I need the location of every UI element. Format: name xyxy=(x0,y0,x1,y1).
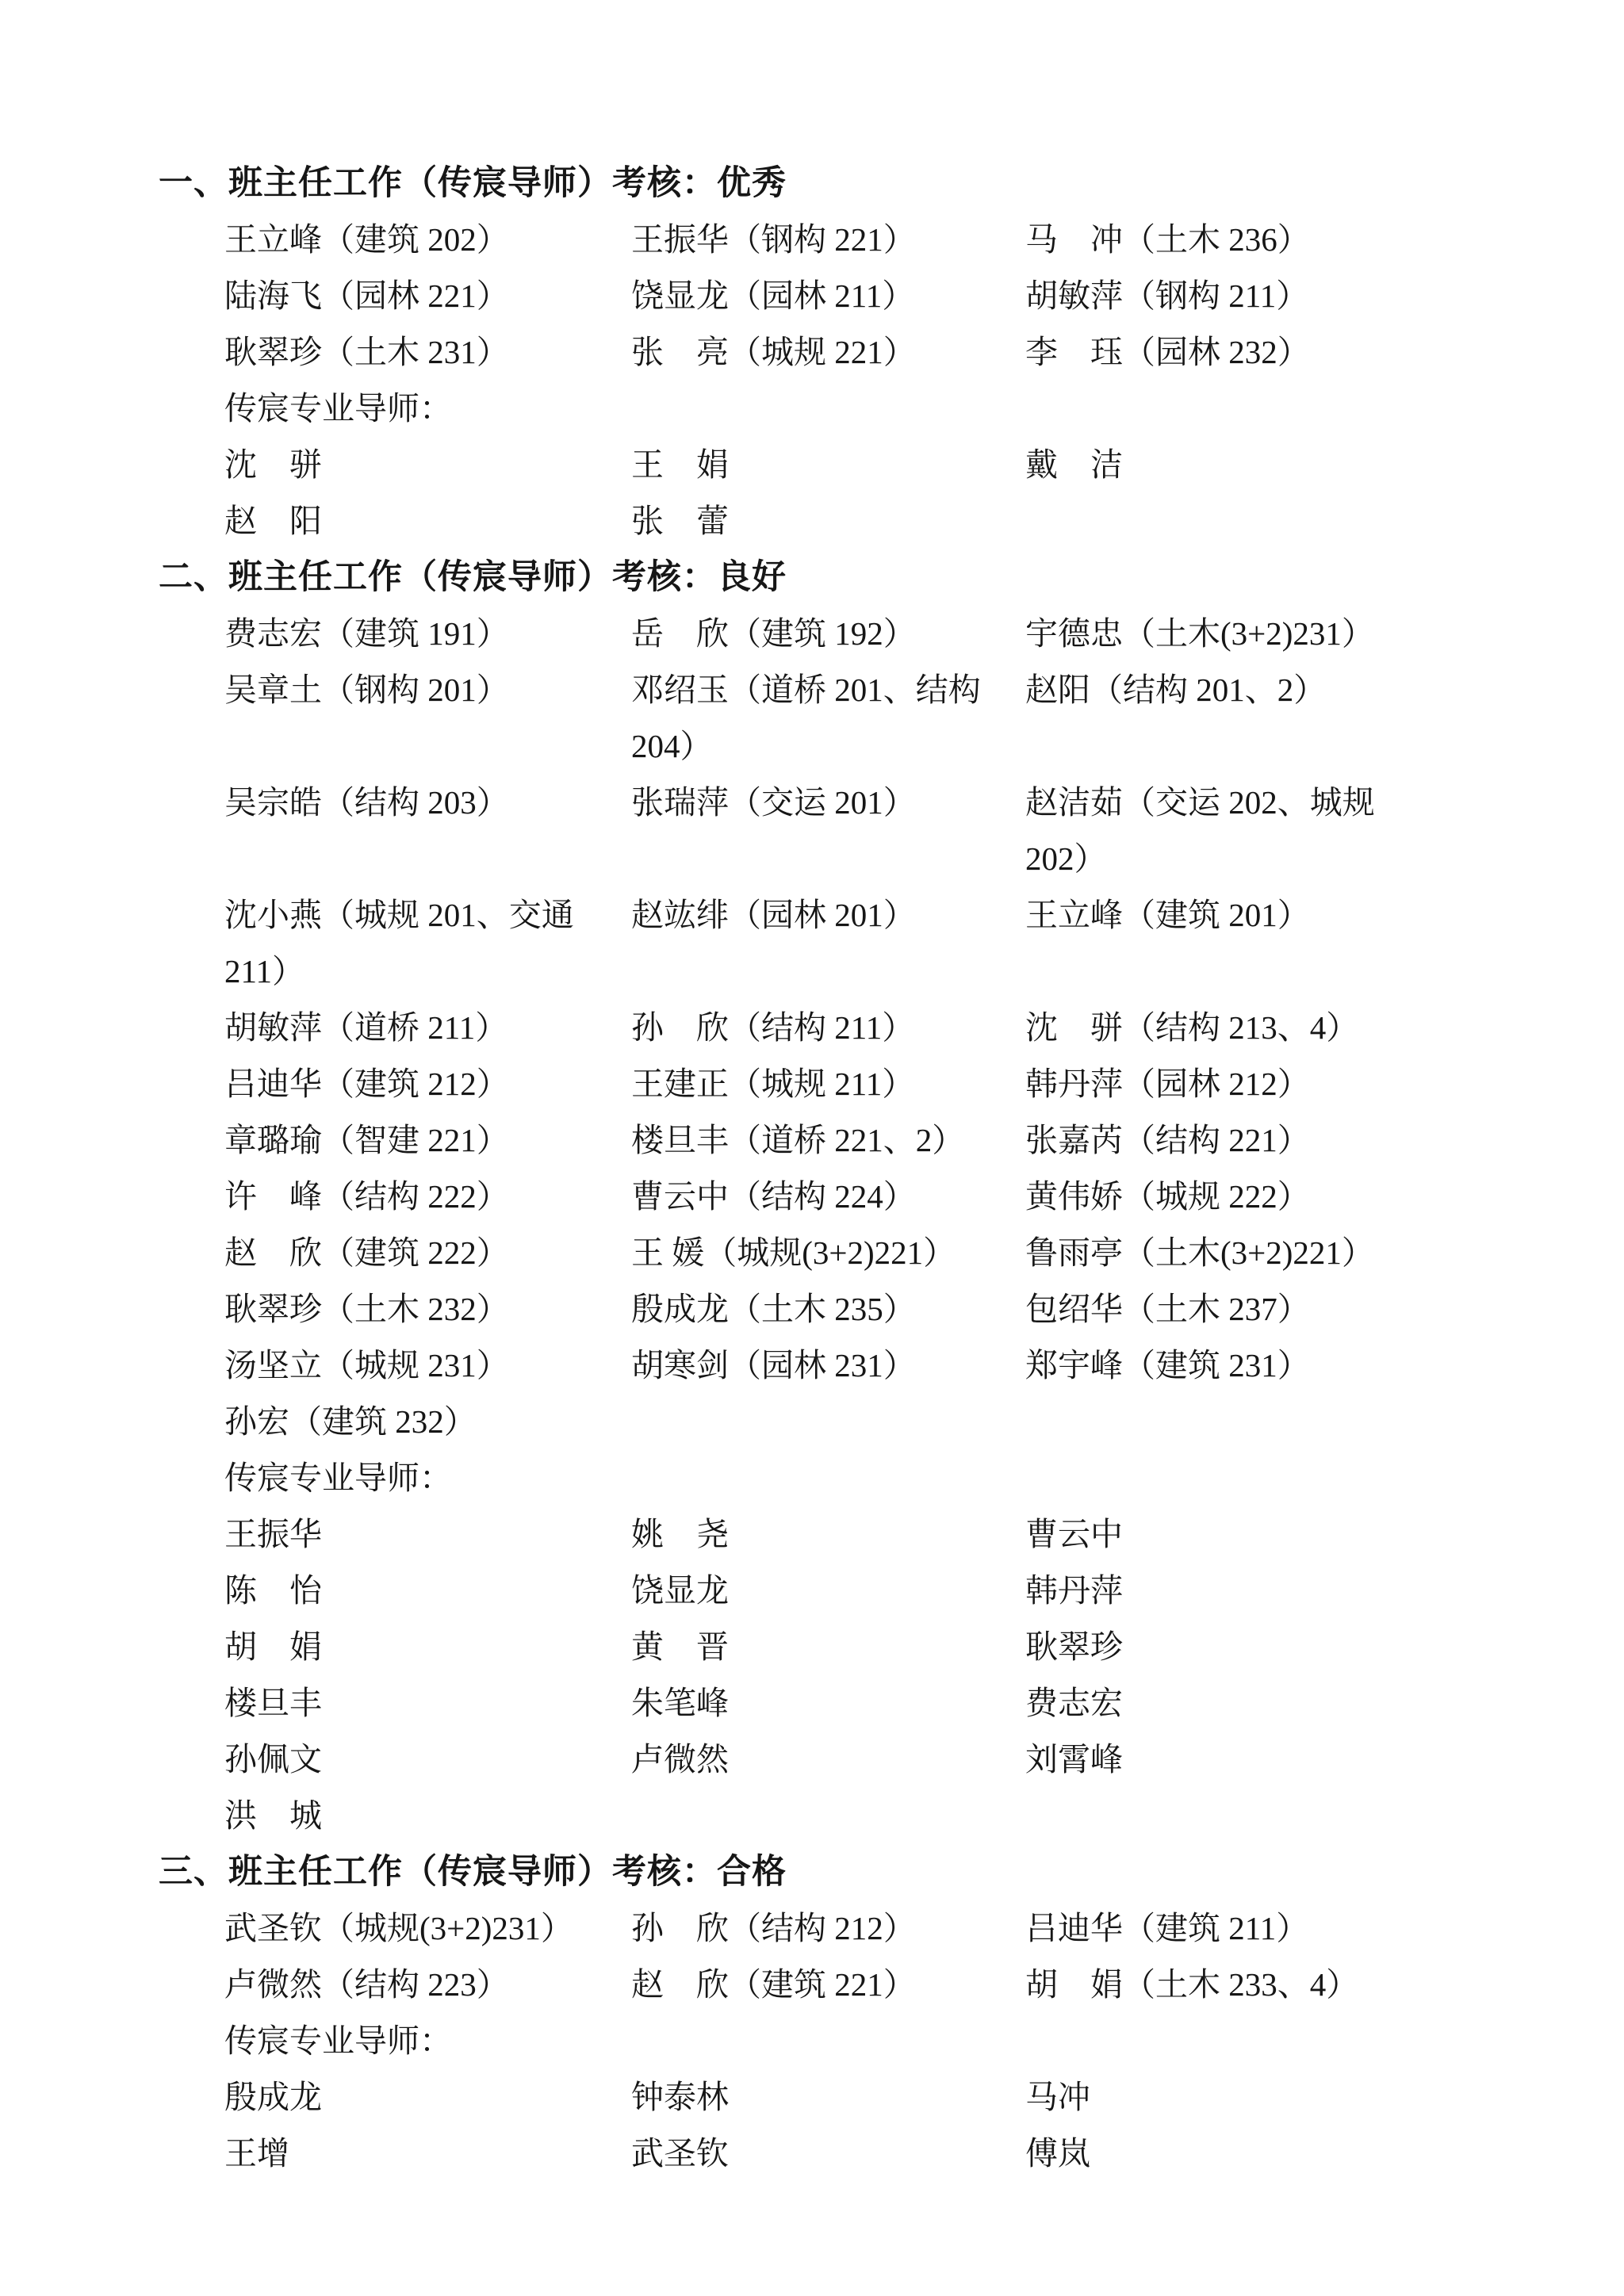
mentor-name: 赵 阳 xyxy=(224,493,631,549)
advisor-entry: 沈 骈（结构 213、4） xyxy=(1025,1000,1529,1056)
advisor-entry: 殷成龙（土木 235） xyxy=(631,1281,1025,1337)
advisor-entry: 王立峰（建筑 202） xyxy=(224,212,631,268)
mentor-name: 孙佩文 xyxy=(224,1732,631,1788)
list-row: 王立峰（建筑 202）王振华（钢构 221）马 冲（土木 236） xyxy=(224,212,1529,268)
advisor-entry: 黄伟娇（城规 222） xyxy=(1025,1169,1529,1225)
advisor-entry: 章璐瑜（智建 221） xyxy=(224,1112,631,1169)
advisor-entry: 赵 欣（建筑 221） xyxy=(631,1957,1025,2013)
list-row: 汤坚立（城规 231）胡寒剑（园林 231）郑宇峰（建筑 231） xyxy=(224,1337,1529,1394)
advisor-entry: 郑宇峰（建筑 231） xyxy=(1025,1337,1529,1394)
mentor-name: 胡 娟 xyxy=(224,1619,631,1675)
list-row: 武圣钦（城规(3+2)231）孙 欣（结构 212）吕迪华（建筑 211） xyxy=(224,1900,1529,1957)
list-row: 胡 娟黄 晋耿翠珍 xyxy=(224,1619,1529,1675)
list-row: 胡敏萍（道桥 211）孙 欣（结构 211）沈 骈（结构 213、4） xyxy=(224,1000,1529,1056)
list-row: 赵 阳张 蕾 xyxy=(224,493,1529,549)
mentor-name: 殷成龙 xyxy=(224,2069,631,2126)
mentor-list-label: 传宸专业导师： xyxy=(224,381,1529,437)
advisor-entry: 沈小燕（城规 201、交通 211） xyxy=(224,887,631,1000)
advisor-entry: 胡寒剑（园林 231） xyxy=(631,1337,1025,1394)
advisor-entry: 包绍华（土木 237） xyxy=(1025,1281,1529,1337)
section-1: 一、班主任工作（传宸导师）考核：优秀王立峰（建筑 202）王振华（钢构 221）… xyxy=(159,155,1529,549)
advisor-entry: 张 亮（城规 221） xyxy=(631,324,1025,381)
advisor-entry: 宇德忠（土木(3+2)231） xyxy=(1025,606,1529,662)
advisor-entry: 赵洁茹（交运 202、城规 202） xyxy=(1025,775,1529,887)
advisor-entry: 吴章土（钢构 201） xyxy=(224,662,631,775)
mentor-name: 王增 xyxy=(224,2126,631,2182)
list-row: 耿翠珍（土木 231）张 亮（城规 221）李 珏（园林 232） xyxy=(224,324,1529,381)
mentor-name: 曹云中 xyxy=(1025,1506,1529,1563)
list-row: 王振华姚 尧曹云中 xyxy=(224,1506,1529,1563)
document-page: 一、班主任工作（传宸导师）考核：优秀王立峰（建筑 202）王振华（钢构 221）… xyxy=(0,0,1624,2296)
advisor-entry: 张嘉芮（结构 221） xyxy=(1025,1112,1529,1169)
mentor-name: 饶显龙 xyxy=(631,1563,1025,1619)
list-row: 孙佩文卢微然刘霄峰 xyxy=(224,1732,1529,1788)
advisor-entry: 吴宗皓（结构 203） xyxy=(224,775,631,887)
advisor-entry: 王 媛（城规(3+2)221） xyxy=(631,1225,1025,1281)
mentor-name xyxy=(1025,493,1529,549)
advisor-entry: 耿翠珍（土木 231） xyxy=(224,324,631,381)
mentor-name: 刘霄峰 xyxy=(1025,1732,1529,1788)
mentor-name: 张 蕾 xyxy=(631,493,1025,549)
mentor-name: 武圣钦 xyxy=(631,2126,1025,2182)
list-row: 吴宗皓（结构 203）张瑞萍（交运 201）赵洁茹（交运 202、城规 202） xyxy=(224,775,1529,887)
advisor-entry: 孙 欣（结构 211） xyxy=(631,1000,1025,1056)
list-row: 耿翠珍（土木 232）殷成龙（土木 235）包绍华（土木 237） xyxy=(224,1281,1529,1337)
advisor-entry: 陆海飞（园林 221） xyxy=(224,268,631,324)
advisor-entry: 王振华（钢构 221） xyxy=(631,212,1025,268)
mentor-name: 傅岚 xyxy=(1025,2126,1529,2182)
mentor-name: 王 娟 xyxy=(631,437,1025,493)
list-row: 殷成龙钟泰林马冲 xyxy=(224,2069,1529,2126)
mentor-name: 洪 城 xyxy=(224,1788,631,1844)
mentor-name: 钟泰林 xyxy=(631,2069,1025,2126)
advisor-entry: 吕迪华（建筑 212） xyxy=(224,1056,631,1112)
mentor-name: 戴 洁 xyxy=(1025,437,1529,493)
list-row: 赵 欣（建筑 222）王 媛（城规(3+2)221）鲁雨亭（土木(3+2)221… xyxy=(224,1225,1529,1281)
mentor-name: 韩丹萍 xyxy=(1025,1563,1529,1619)
advisor-entry: 曹云中（结构 224） xyxy=(631,1169,1025,1225)
list-row: 费志宏（建筑 191）岳 欣（建筑 192）宇德忠（土木(3+2)231） xyxy=(224,606,1529,662)
advisor-entry: 马 冲（土木 236） xyxy=(1025,212,1529,268)
advisor-entry: 吕迪华（建筑 211） xyxy=(1025,1900,1529,1957)
list-row: 卢微然（结构 223）赵 欣（建筑 221）胡 娟（土木 233、4） xyxy=(224,1957,1529,2013)
advisor-entry: 汤坚立（城规 231） xyxy=(224,1337,631,1394)
section-2: 二、班主任工作（传宸导师）考核：良好费志宏（建筑 191）岳 欣（建筑 192）… xyxy=(159,549,1529,1844)
advisor-entry: 许 峰（结构 222） xyxy=(224,1169,631,1225)
mentor-name: 陈 怡 xyxy=(224,1563,631,1619)
advisor-entry: 耿翠珍（土木 232） xyxy=(224,1281,631,1337)
list-row: 吴章土（钢构 201）邓绍玉（道桥 201、结构 204）赵阳（结构 201、2… xyxy=(224,662,1529,775)
advisor-entry: 李 珏（园林 232） xyxy=(1025,324,1529,381)
advisor-entry: 卢微然（结构 223） xyxy=(224,1957,631,2013)
mentor-name xyxy=(631,1788,1025,1844)
list-row: 楼旦丰朱笔峰费志宏 xyxy=(224,1675,1529,1732)
advisor-entry: 武圣钦（城规(3+2)231） xyxy=(224,1900,631,1957)
advisor-entry xyxy=(1025,1394,1529,1450)
list-row: 王增武圣钦傅岚 xyxy=(224,2126,1529,2182)
advisor-entry: 王立峰（建筑 201） xyxy=(1025,887,1529,1000)
advisor-entry: 赵竑绯（园林 201） xyxy=(631,887,1025,1000)
list-row: 孙宏（建筑 232） xyxy=(224,1394,1529,1450)
mentor-name: 王振华 xyxy=(224,1506,631,1563)
list-row: 沈 骈王 娟戴 洁 xyxy=(224,437,1529,493)
advisor-entry: 胡 娟（土木 233、4） xyxy=(1025,1957,1529,2013)
advisor-entry: 楼旦丰（道桥 221、2） xyxy=(631,1112,1025,1169)
advisor-entry: 韩丹萍（园林 212） xyxy=(1025,1056,1529,1112)
list-row: 吕迪华（建筑 212）王建正（城规 211）韩丹萍（园林 212） xyxy=(224,1056,1529,1112)
mentor-name: 卢微然 xyxy=(631,1732,1025,1788)
list-row: 沈小燕（城规 201、交通 211）赵竑绯（园林 201）王立峰（建筑 201） xyxy=(224,887,1529,1000)
mentor-name: 姚 尧 xyxy=(631,1506,1025,1563)
list-row: 陆海飞（园林 221）饶显龙（园林 211）胡敏萍（钢构 211） xyxy=(224,268,1529,324)
advisor-entry: 孙 欣（结构 212） xyxy=(631,1900,1025,1957)
mentor-name: 沈 骈 xyxy=(224,437,631,493)
mentor-name: 楼旦丰 xyxy=(224,1675,631,1732)
advisor-entry: 胡敏萍（钢构 211） xyxy=(1025,268,1529,324)
mentor-name: 黄 晋 xyxy=(631,1619,1025,1675)
mentor-list-label: 传宸专业导师： xyxy=(224,1450,1529,1506)
mentor-name xyxy=(1025,1788,1529,1844)
advisor-entry: 邓绍玉（道桥 201、结构 204） xyxy=(631,662,1025,775)
mentor-name: 马冲 xyxy=(1025,2069,1529,2126)
advisor-entry xyxy=(631,1394,1025,1450)
mentor-name: 朱笔峰 xyxy=(631,1675,1025,1732)
advisor-entry: 王建正（城规 211） xyxy=(631,1056,1025,1112)
section-heading: 一、班主任工作（传宸导师）考核：优秀 xyxy=(159,155,1529,212)
advisor-entry: 岳 欣（建筑 192） xyxy=(631,606,1025,662)
advisor-entry: 费志宏（建筑 191） xyxy=(224,606,631,662)
list-row: 章璐瑜（智建 221）楼旦丰（道桥 221、2）张嘉芮（结构 221） xyxy=(224,1112,1529,1169)
section-heading: 三、班主任工作（传宸导师）考核：合格 xyxy=(159,1844,1529,1900)
mentor-name: 耿翠珍 xyxy=(1025,1619,1529,1675)
advisor-entry: 胡敏萍（道桥 211） xyxy=(224,1000,631,1056)
list-row: 许 峰（结构 222）曹云中（结构 224）黄伟娇（城规 222） xyxy=(224,1169,1529,1225)
section-heading: 二、班主任工作（传宸导师）考核：良好 xyxy=(159,549,1529,606)
mentor-name: 费志宏 xyxy=(1025,1675,1529,1732)
list-row: 陈 怡饶显龙韩丹萍 xyxy=(224,1563,1529,1619)
mentor-list-label: 传宸专业导师： xyxy=(224,2013,1529,2069)
advisor-entry: 饶显龙（园林 211） xyxy=(631,268,1025,324)
advisor-entry: 赵阳（结构 201、2） xyxy=(1025,662,1529,775)
advisor-entry: 孙宏（建筑 232） xyxy=(224,1394,631,1450)
advisor-entry: 张瑞萍（交运 201） xyxy=(631,775,1025,887)
list-row: 洪 城 xyxy=(224,1788,1529,1844)
section-3: 三、班主任工作（传宸导师）考核：合格武圣钦（城规(3+2)231）孙 欣（结构 … xyxy=(159,1844,1529,2182)
advisor-entry: 赵 欣（建筑 222） xyxy=(224,1225,631,1281)
advisor-entry: 鲁雨亭（土木(3+2)221） xyxy=(1025,1225,1529,1281)
